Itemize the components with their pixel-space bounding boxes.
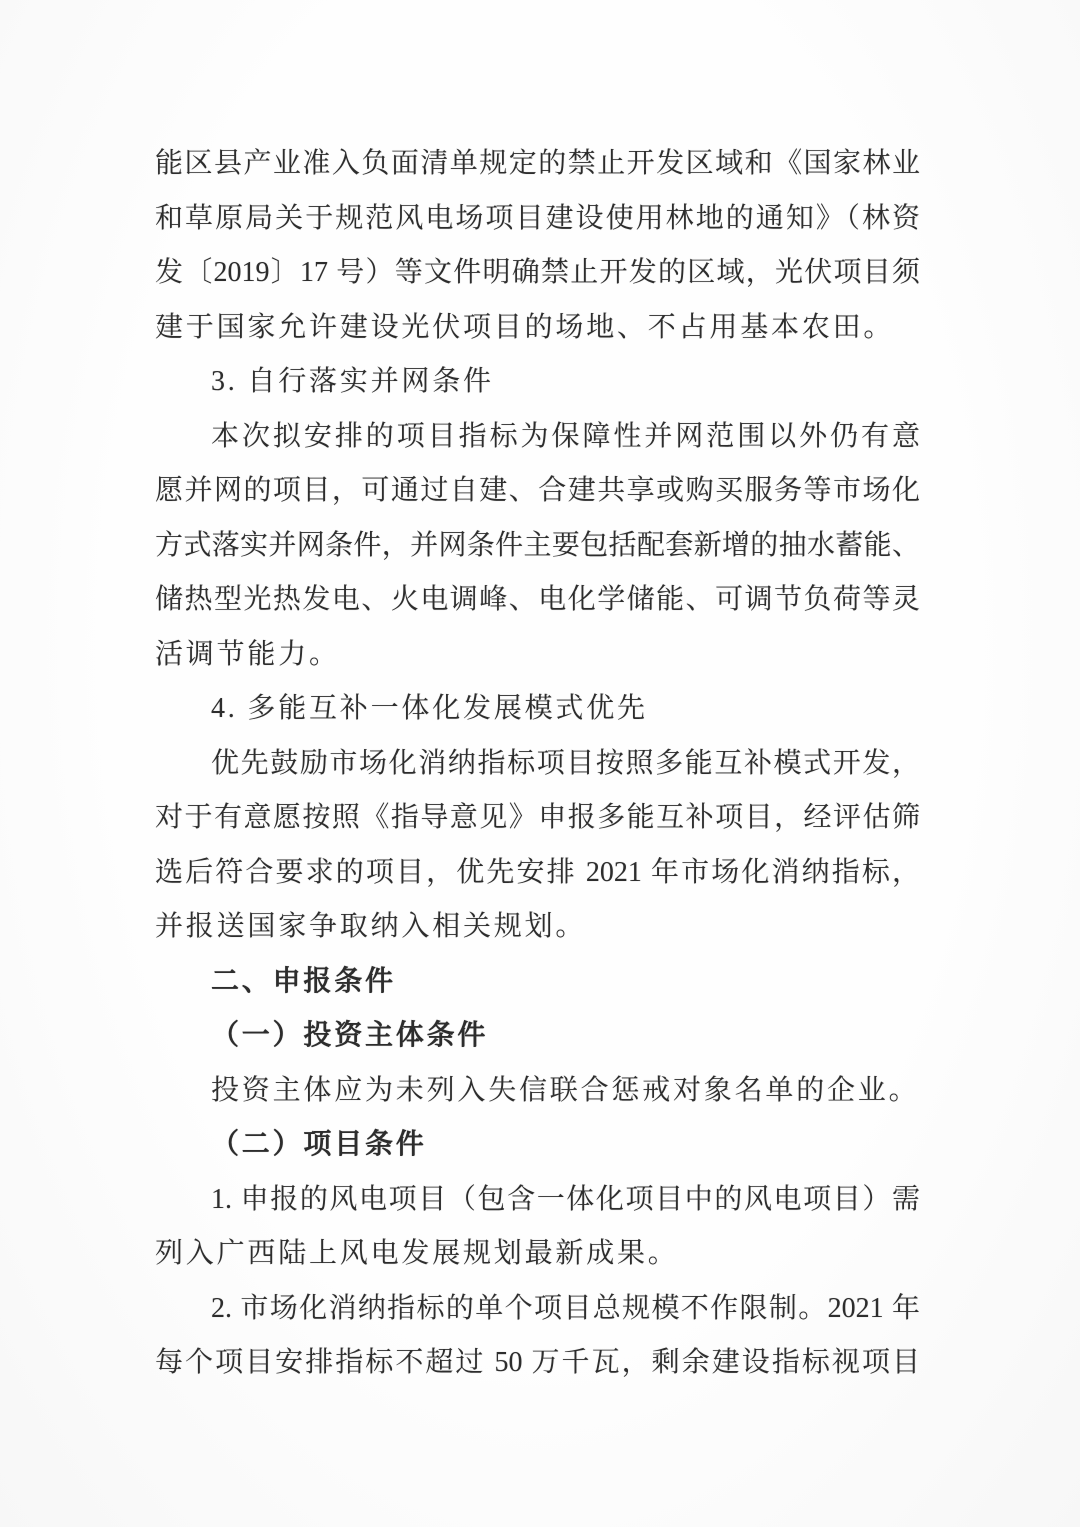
text-line: 愿并网的项目，可通过自建、合建共享或购买服务等市场化: [155, 464, 920, 519]
text-block: 能区县产业准入负面清单规定的禁止开发区域和《国家林业 和草原局关于规范风电场项目…: [155, 137, 920, 1391]
document-page: 能区县产业准入负面清单规定的禁止开发区域和《国家林业 和草原局关于规范风电场项目…: [0, 0, 1080, 1527]
text-line: 和草原局关于规范风电场项目建设使用林地的通知》（林资: [155, 192, 920, 247]
text-line: 活调节能力。: [155, 628, 920, 683]
text-line: 选后符合要求的项目，优先安排 2021 年市场化消纳指标，: [155, 846, 920, 901]
section-heading: （二）项目条件: [155, 1118, 920, 1173]
text-line: 并报送国家争取纳入相关规划。: [155, 900, 920, 955]
text-line: 能区县产业准入负面清单规定的禁止开发区域和《国家林业: [155, 137, 920, 192]
text-line: 对于有意愿按照《指导意见》申报多能互补项目，经评估筛: [155, 791, 920, 846]
text-line: 建于国家允许建设光伏项目的场地、不占用基本农田。: [155, 301, 920, 356]
section-heading: （一）投资主体条件: [155, 1009, 920, 1064]
text-line: 1. 申报的风电项目（包含一体化项目中的风电项目）需: [155, 1173, 920, 1228]
text-line: 本次拟安排的项目指标为保障性并网范围以外仍有意: [155, 410, 920, 465]
text-line: 2. 市场化消纳指标的单个项目总规模不作限制。2021 年: [155, 1282, 920, 1337]
text-line: 列入广西陆上风电发展规划最新成果。: [155, 1227, 920, 1282]
text-line: 每个项目安排指标不超过 50 万千瓦，剩余建设指标视项目: [155, 1336, 920, 1391]
section-heading: 二、申报条件: [155, 955, 920, 1010]
text-line: 投资主体应为未列入失信联合惩戒对象名单的企业。: [155, 1064, 920, 1119]
section-heading: 4. 多能互补一体化发展模式优先: [155, 682, 920, 737]
text-line: 发〔2019〕17 号）等文件明确禁止开发的区域，光伏项目须: [155, 246, 920, 301]
text-line: 方式落实并网条件，并网条件主要包括配套新增的抽水蓄能、: [155, 519, 920, 574]
section-heading: 3. 自行落实并网条件: [155, 355, 920, 410]
text-line: 优先鼓励市场化消纳指标项目按照多能互补模式开发，: [155, 737, 920, 792]
text-line: 储热型光热发电、火电调峰、电化学储能、可调节负荷等灵: [155, 573, 920, 628]
